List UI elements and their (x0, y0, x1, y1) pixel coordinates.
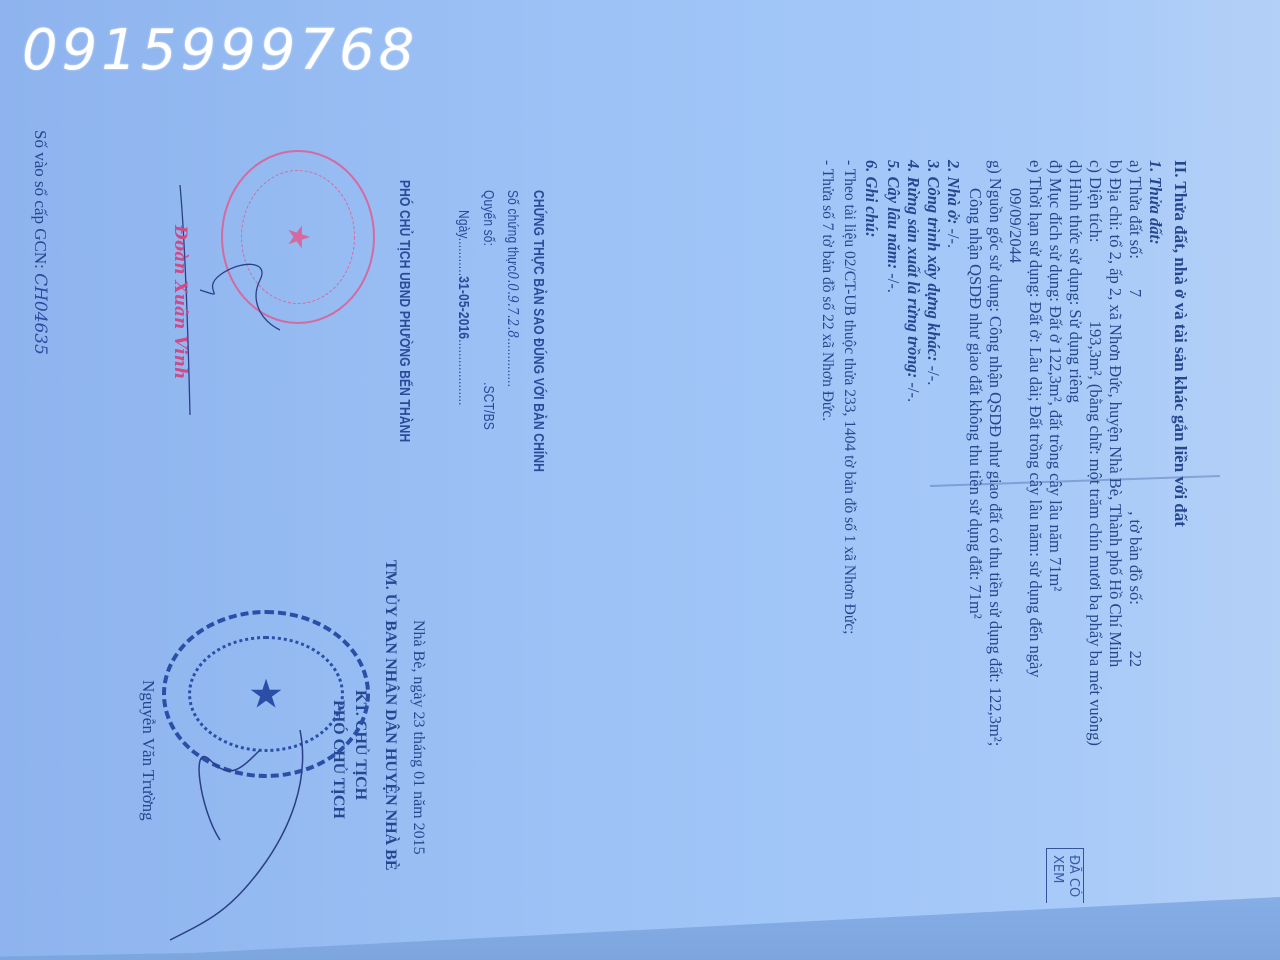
house-value: -/-. (944, 224, 963, 248)
signer-name: Nguyễn Văn Trường (138, 680, 158, 821)
star-icon: ★ (248, 671, 284, 718)
land-heading: 1. Thửa đất: (1145, 160, 1165, 245)
perennial-label: 5. Cây lâu năm: (884, 160, 903, 269)
area-row: c) Diện tích: 193,3m², (bằng chữ: một tr… (1085, 160, 1105, 746)
construction-label: 3. Công trình xây dựng khác: (924, 160, 943, 362)
registry-label: Số vào sổ cấp GCN: (31, 130, 50, 269)
forest-value: -/-. (904, 378, 923, 402)
note-item: - Thửa số 7 tờ bản đồ số 22 xã Nhơn Đức. (817, 160, 837, 421)
section-title: II. Thửa đất, nhà ở và tài sản khác gắn … (1170, 160, 1190, 527)
perennial-row: 5. Cây lâu năm: -/-. (883, 160, 903, 293)
certificate-page: II. Thửa đất, nhà ở và tài sản khác gắn … (0, 0, 1280, 960)
notes-heading: 6. Ghi chú: (861, 160, 881, 237)
area-label: c) Diện tích: (1086, 160, 1105, 242)
ward-signature (170, 180, 320, 420)
phone-watermark: 0915999768 (22, 18, 418, 83)
registry-value: CH04635 (30, 273, 50, 355)
perennial-value: -/-. (884, 269, 903, 293)
reviewed-stamp-line2: XEM (1049, 855, 1065, 897)
map-sheet-label: , tờ bản đồ số: (1126, 511, 1145, 605)
house-label: 2. Nhà ở: (944, 160, 963, 224)
usage-form-row: d) Hình thức sử dụng: Sử dụng riêng (1065, 160, 1085, 403)
signature-org: TM. ỦY BAN NHÂN DÂN HUYỆN NHÀ BÈ (380, 560, 400, 871)
usage-origin-row: g) Nguồn gốc sử dụng: Công nhận QSDĐ như… (985, 160, 1005, 746)
certification-title: CHỨNG THỰC BẢN SAO ĐÚNG VỚI BẢN CHÍNH (528, 190, 548, 472)
note-item: - Theo tài liệu 02/CT-UB thuộc thửa 233,… (839, 160, 859, 634)
construction-value: -/-. (924, 362, 943, 386)
usage-purpose-row: đ) Mục đích sử dụng: Đất ở 122,3m², đất … (1045, 160, 1065, 591)
usage-origin-cont: Công nhận QSDĐ như giao đất không thu ti… (965, 188, 985, 619)
usage-term-row: e) Thời hạn sử dụng: Đất ở: Lâu dài; Đất… (1025, 160, 1045, 678)
certification-date-row: Ngày...........31-05-2016...............… (453, 210, 473, 406)
book-value: .SCT/BS (480, 382, 497, 430)
area-value: 193,3m², (bằng chữ: một trăm chín mươi b… (1086, 321, 1105, 746)
date-label: Ngày (455, 210, 472, 238)
certifier-name: Đoàn Xuân Vinh (170, 225, 190, 379)
house-row: 2. Nhà ở: -/-. (943, 160, 963, 248)
certification-role: PHÓ CHỦ TỊCH UBND PHƯỜNG BẾN THÀNH (394, 180, 414, 442)
forest-label: 4. Rừng sản xuất là rừng trồng: (904, 160, 923, 378)
book-label: Quyển số: (480, 190, 497, 246)
parcel-number-row: a) Thửa đất số: 7 , tờ bản đồ số: 22 (1125, 160, 1145, 709)
parcel-number: 7 (1125, 263, 1145, 323)
registry-row: Số vào sổ cấp GCN: CH04635 (30, 130, 50, 355)
usage-term-date: 09/09/2044 (1005, 188, 1025, 263)
map-sheet-number: 22 (1125, 609, 1145, 709)
reviewed-stamp: ĐÃ CÓ XEM (1046, 848, 1084, 903)
forest-row: 4. Rừng sản xuất là rừng trồng: -/-. (903, 160, 923, 402)
construction-row: 3. Công trình xây dựng khác: -/-. (923, 160, 943, 385)
certification-number-row: Số chứng thực0.0.9.7.2.8.............. (502, 190, 523, 387)
signature-place-date: Nhà Bè, ngày 23 tháng 01 năm 2015 (408, 620, 428, 855)
reviewed-stamp-line1: ĐÃ CÓ (1065, 855, 1081, 897)
date-value: 31-05-2016 (455, 276, 472, 339)
certification-book-row: Quyển số:.SCT/BS (478, 190, 498, 430)
cert-no-value: 0.0.9.7.2.8 (504, 272, 522, 339)
cert-no-label: Số chứng thực (504, 190, 521, 272)
parcel-label: a) Thửa đất số: (1126, 160, 1145, 259)
address-row: b) Địa chỉ: tổ 2, ấp 2, xã Nhơn Đức, huy… (1105, 160, 1125, 667)
